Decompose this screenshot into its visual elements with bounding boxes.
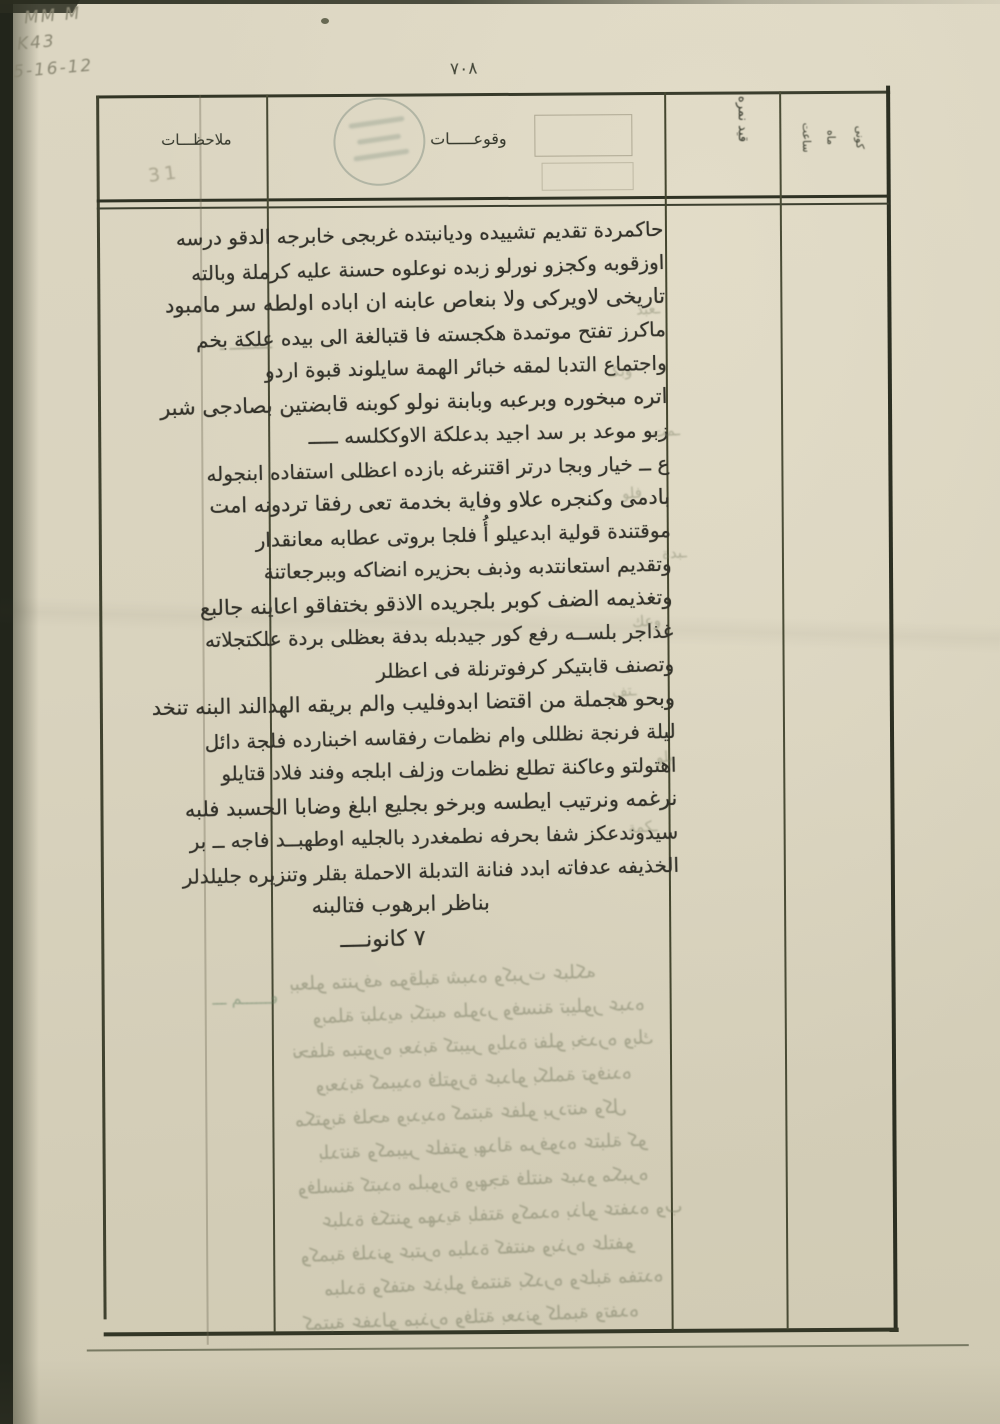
stamp-text-row <box>348 116 404 129</box>
pencil-annotation-1: MM M <box>23 4 82 29</box>
column-header-date-parts: ساعتماهكونى <box>91 83 901 88</box>
bleedthrough-text: ببعلو متنرفه موقلبة شبده وكبرت عبلكهوبمل… <box>288 948 791 1342</box>
scanned-register-page: MM M K43 5-16-12 ٧٠٨ ملاحظـــات وقوعــــ… <box>0 0 1000 1424</box>
column-header-record-number: قيد نمره <box>687 111 797 182</box>
column-header-events: وقوعـــــات <box>413 129 523 149</box>
round-stamp <box>328 92 432 192</box>
gutter-shadow-fade <box>13 0 39 1424</box>
stamp-text-row <box>353 148 409 161</box>
ghost-rectangle-2 <box>542 162 634 191</box>
date-part-text: ماه <box>825 130 838 145</box>
page-number: ٧٠٨ <box>450 59 478 80</box>
underlying-page-edge-line <box>87 1344 969 1351</box>
bleedthrough-snippet: ـبدة <box>661 543 687 563</box>
date-part-text: ساعت <box>800 123 813 153</box>
stamp-text-row <box>357 134 401 145</box>
bleedthrough-snippet: وعك <box>631 611 661 631</box>
bleedthrough-snippet: وبكـ <box>607 361 632 381</box>
book-gutter-shadow <box>0 0 13 1424</box>
header-separator-line-1 <box>97 195 889 203</box>
remarks-faint-squiggle-2: ڡــــــم ـــ <box>108 989 278 1011</box>
handwritten-entry: حاكمردة تقديم تشييده وديانبتده غربجى خاب… <box>283 212 681 961</box>
date-part-label: ماه <box>819 131 843 195</box>
header-separator-line-2 <box>97 203 889 210</box>
bleedthrough-snippet: بلو <box>655 747 673 766</box>
column-header-remarks: ملاحظـــات <box>129 130 263 149</box>
record-number-label: قيد نمره <box>735 96 750 142</box>
pencil-annotation-2: K43 <box>16 31 56 54</box>
ghost-rectangle-1 <box>534 114 632 157</box>
ink-speck <box>321 18 329 24</box>
table-border-left <box>96 95 106 1319</box>
bleedthrough-snippet: ـعبد <box>635 299 660 319</box>
date-part-text: كونى <box>854 126 867 149</box>
page-top-edge-shadow <box>0 0 1000 4</box>
remarks-pencil-mark: 31 <box>147 161 182 187</box>
bleedthrough-snippet: ـمت <box>651 421 680 441</box>
date-part-label: ساعت <box>791 131 815 195</box>
table-border-right <box>886 86 898 1332</box>
bleedthrough-snippet: فلو <box>621 483 642 502</box>
bleedthrough-snippet: ـتف <box>611 681 637 701</box>
table-border-top <box>96 91 890 99</box>
date-part-label: كونى <box>848 131 872 195</box>
bleedthrough-snippet: ـكمة <box>627 817 658 837</box>
